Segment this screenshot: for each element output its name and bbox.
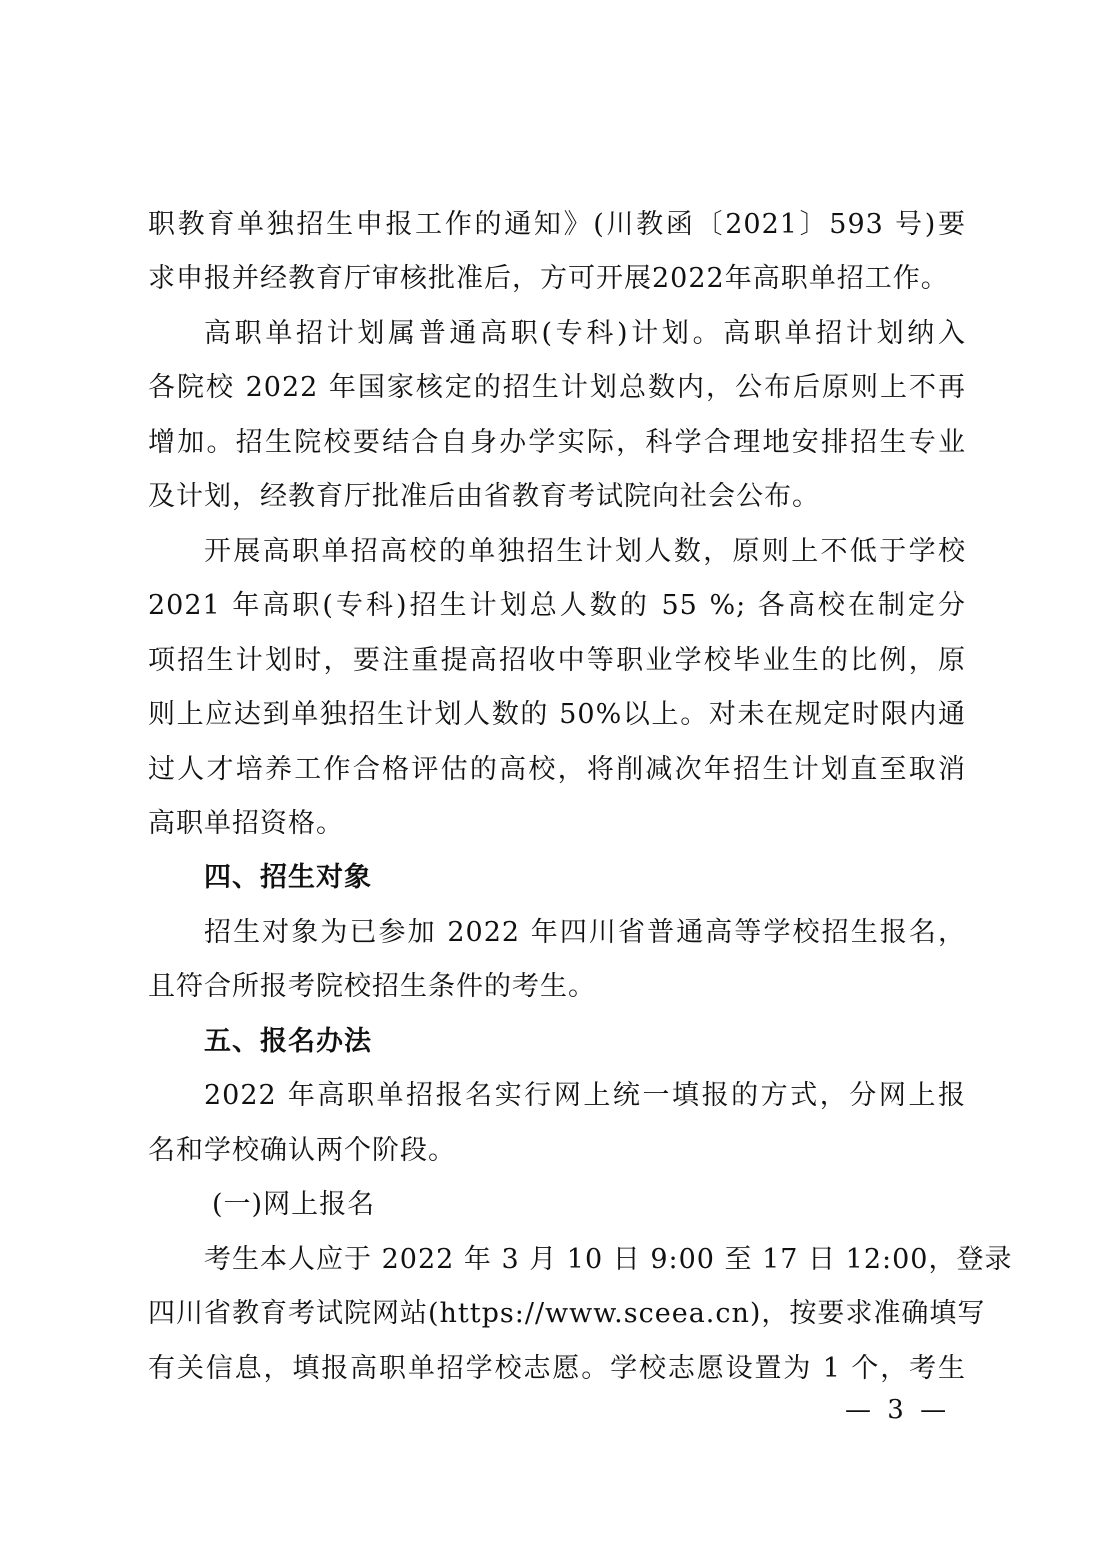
section-heading: 五、报名办法: [148, 1015, 966, 1069]
text-line: 过人才培养工作合格评估的高校，将削减次年招生计划直至取消: [148, 743, 966, 797]
text-line: 高职单招计划属普通高职(专科)计划。高职单招计划纳入: [148, 307, 966, 361]
text-line: 高职单招资格。: [148, 797, 966, 851]
text-line: 四川省教育考试院网站(https://www.sceea.cn)，按要求准确填写: [148, 1287, 966, 1341]
text-line: 各院校 2022 年国家核定的招生计划总数内，公布后原则上不再: [148, 361, 966, 415]
page-number: — 3 —: [845, 1395, 950, 1425]
text-line: 考生本人应于 2022 年 3 月 10 日 9:00 至 17 日 12:00…: [148, 1233, 966, 1287]
text-line: 有关信息，填报高职单招学校志愿。学校志愿设置为 1 个，考生: [148, 1342, 966, 1396]
text-line: 职教育单独招生申报工作的通知》(川教函〔2021〕593 号)要: [148, 198, 966, 252]
text-line: 2022 年高职单招报名实行网上统一填报的方式，分网上报: [148, 1069, 966, 1123]
text-line: 招生对象为已参加 2022 年四川省普通高等学校招生报名，: [148, 906, 966, 960]
text-line: 及计划，经教育厅批准后由省教育考试院向社会公布。: [148, 470, 966, 524]
text-line: 增加。招生院校要结合自身办学实际，科学合理地安排招生专业: [148, 416, 966, 470]
section-heading: 四、招生对象: [148, 851, 966, 905]
text-line: 2021 年高职(专科)招生计划总人数的 55 %; 各高校在制定分: [148, 579, 966, 633]
text-line: 项招生计划时，要注重提高招收中等职业学校毕业生的比例，原: [148, 634, 966, 688]
text-line: 开展高职单招高校的单独招生计划人数，原则上不低于学校: [148, 525, 966, 579]
text-line: 且符合所报考院校招生条件的考生。: [148, 960, 966, 1014]
subsection-heading: (一)网上报名: [148, 1178, 966, 1232]
text-line: 名和学校确认两个阶段。: [148, 1124, 966, 1178]
text-line: 则上应达到单独招生计划人数的 50%以上。对未在规定时限内通: [148, 688, 966, 742]
text-line: 求申报并经教育厅审核批准后，方可开展2022年高职单招工作。: [148, 252, 966, 306]
